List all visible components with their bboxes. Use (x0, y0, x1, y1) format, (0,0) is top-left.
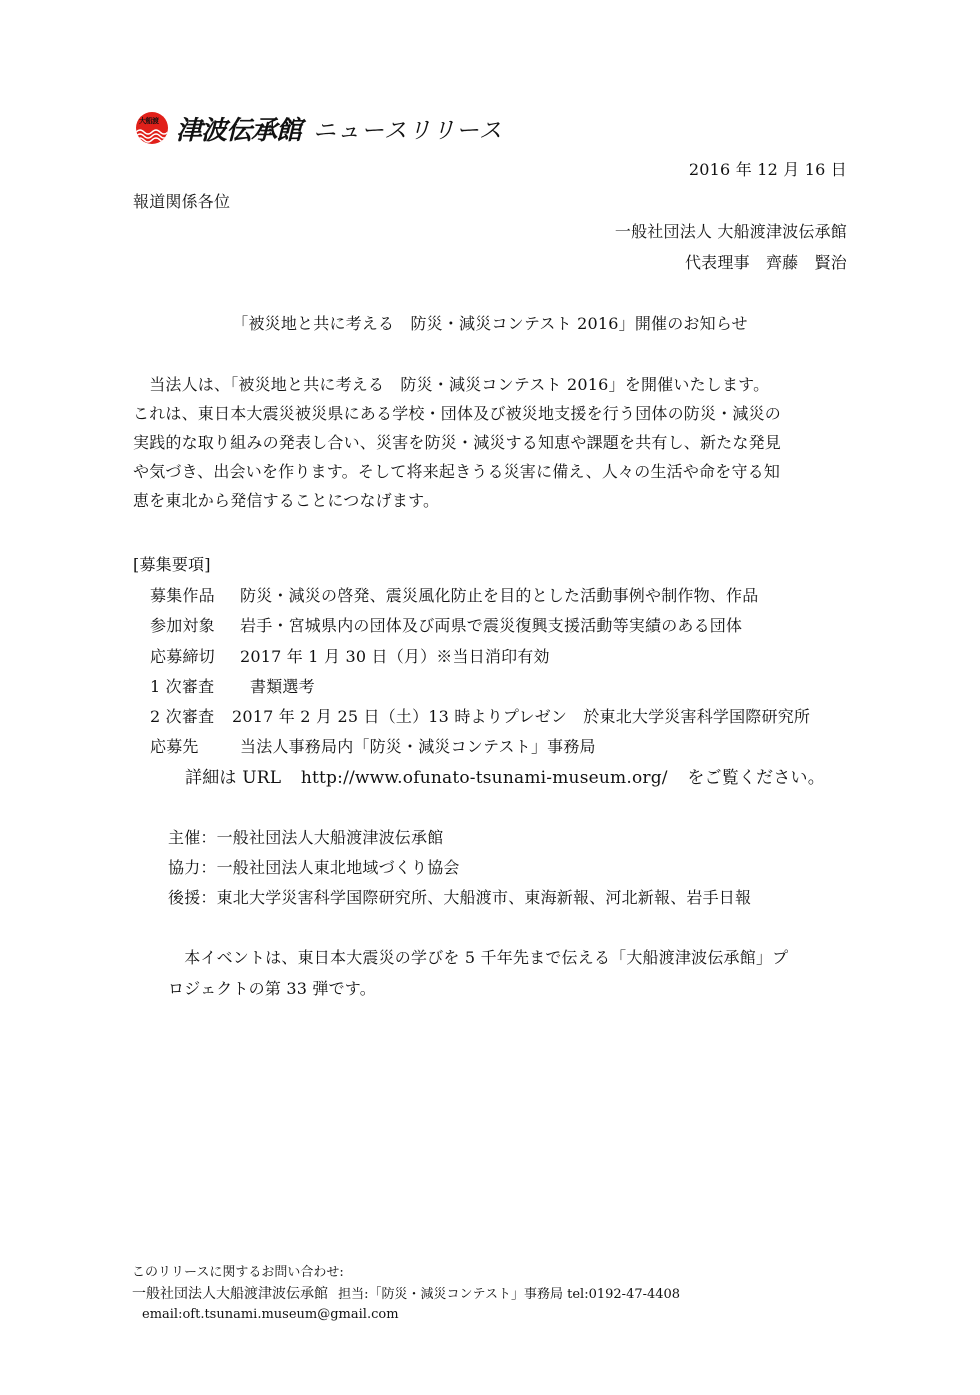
requirement-label: 応募先 (150, 737, 240, 757)
museum-logo-icon: 大船渡 (136, 112, 168, 144)
logo-mark-text: 大船渡 (139, 116, 159, 126)
release-date: 2016 年 12 月 16 日 (689, 160, 847, 180)
document-title: 「被災地と共に考える 防災・減災コンテスト 2016」開催のお知らせ (0, 314, 980, 334)
requirement-value: 防災・減災の啓発、震災風化防止を目的とした活動事例や制作物、作品 (240, 586, 758, 605)
news-release-logo: 大船渡 津波伝承館 ニュースリリース (136, 108, 503, 148)
details-url-link[interactable]: http://www.ofunato-tsunami-museum.org/ (301, 768, 668, 788)
requirement-label: 募集作品 (150, 586, 240, 606)
body-line: や気づき、出会いを作ります。そして将来起きうる災害に備え、人々の生活や命を守る知 (133, 462, 780, 482)
requirement-label: 応募締切 (150, 647, 240, 667)
requirement-value: 2017 年 2 月 25 日（土）13 時よりプレゼン 於東北大学災害科学国際… (232, 707, 810, 726)
requirement-value: 書類選考 (250, 677, 315, 696)
details-suffix: をご覧ください。 (687, 768, 825, 788)
closing-line: 本イベントは、東日本大震災の学びを 5 千年先まで伝える「大船渡津波伝承館」プ (168, 948, 788, 968)
contact-line: 一般社団法人大船渡津波伝承館 担当:「防災・減災コンテスト」事務局 tel:01… (132, 1283, 680, 1306)
body-line: 実践的な取り組みの発表し合い、災害を防災・減災する知恵や課題を共有し、新たな発見 (133, 433, 781, 453)
logo-subtitle: ニュースリリース (313, 112, 503, 145)
requirement-value: 2017 年 1 月 30 日（月）※当日消印有効 (240, 647, 550, 666)
requirement-row: 1 次審査書類選考 (150, 677, 315, 697)
requirement-row: 応募締切2017 年 1 月 30 日（月）※当日消印有効 (150, 647, 550, 667)
requirement-row: 2 次審査2017 年 2 月 25 日（土）13 時よりプレゼン 於東北大学災… (150, 707, 810, 727)
logo-brand-text: 津波伝承館 (176, 110, 301, 147)
requirement-value: 当法人事務局内「防災・減災コンテスト」事務局 (240, 737, 596, 756)
requirement-label: 1 次審査 (150, 677, 250, 697)
requirement-label: 2 次審査 (150, 707, 232, 727)
addressee: 報道関係各位 (133, 192, 230, 212)
closing-line: ロジェクトの第 33 弾です。 (168, 979, 376, 999)
body-line: 当法人は、「被災地と共に考える 防災・減災コンテスト 2016」を開催いたします… (133, 375, 769, 395)
body-line: 恵を東北から発信することにつなげます。 (133, 491, 439, 511)
details-line: 詳細は URL http://www.ofunato-tsunami-museu… (185, 768, 825, 788)
contact-org: 一般社団法人大船渡津波伝承館 (132, 1286, 328, 1302)
requirement-value: 岩手・宮城県内の団体及び両県で震災復興支援活動等実績のある団体 (240, 616, 742, 635)
details-prefix: 詳細は URL (185, 768, 281, 788)
body-line: これは、東日本大震災被災県にある学校・団体及び被災地支援を行う団体の防災・減災の (133, 404, 781, 424)
waves-icon (136, 126, 168, 144)
requirement-label: 参加対象 (150, 616, 240, 636)
requirements-heading: [募集要項] (133, 555, 211, 575)
sender-representative: 代表理事 齊藤 賢治 (685, 253, 847, 273)
contact-heading: このリリースに関するお問い合わせ: (132, 1262, 344, 1284)
credit-organizer: 主催：一般社団法人大船渡津波伝承館 (168, 828, 443, 848)
sender-organization: 一般社団法人 大船渡津波伝承館 (615, 222, 847, 242)
requirement-row: 応募先当法人事務局内「防災・減災コンテスト」事務局 (150, 737, 596, 757)
requirement-row: 参加対象岩手・宮城県内の団体及び両県で震災復興支援活動等実績のある団体 (150, 616, 742, 636)
credit-cooperation: 協力：一般社団法人東北地域づくり協会 (168, 858, 460, 878)
requirement-row: 募集作品防災・減災の啓発、震災風化防止を目的とした活動事例や制作物、作品 (150, 586, 758, 606)
contact-details: 担当:「防災・減災コンテスト」事務局 tel:0192-47-4408 (338, 1287, 680, 1302)
credit-support: 後援：東北大学災害科学国際研究所、大船渡市、東海新報、河北新報、岩手日報 (168, 888, 751, 908)
contact-email-link[interactable]: email:oft.tsunami.museum@gmail.com (142, 1304, 399, 1326)
